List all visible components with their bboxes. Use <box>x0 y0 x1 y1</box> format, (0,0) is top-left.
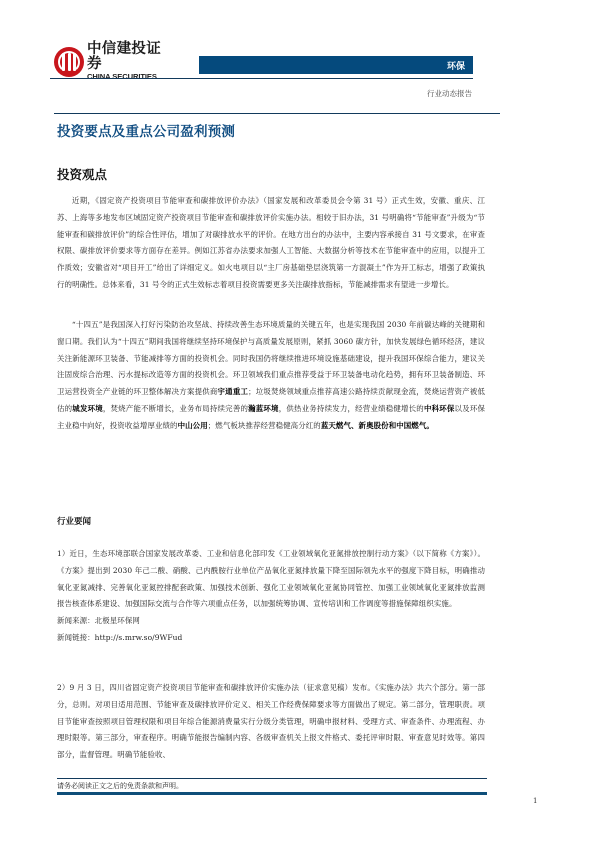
company-name: 瀚蓝环境 <box>248 404 279 413</box>
news-body: 2）9 月 3 日，四川省固定资产投资项目节能审查和碳排放评价实施办法（征求意见… <box>57 680 485 764</box>
company-name: 城发环境 <box>72 404 103 413</box>
paragraph-text: ，供热业务持续发力，经营业绩稳健增长的 <box>279 404 424 413</box>
news-item: 1）近日，生态环境部联合国家发展改革委、工业和信息化部印发《工业领域氧化亚氮排放… <box>57 546 485 647</box>
paragraph-text: ；燃气板块推荐经营稳健高分红的 <box>208 421 321 430</box>
investment-view-paragraph-2: “十四五”是我国深入打好污染防治攻坚战、持续改善生态环境质量的关键五年，也是实现… <box>57 317 485 435</box>
header-divider <box>50 78 473 79</box>
title-divider <box>54 113 500 114</box>
company-name: 中科环保 <box>424 404 455 413</box>
company-logo: 中信建投证券 CHINA SECURITIES <box>54 45 174 78</box>
company-name: 蓝天燃气 <box>321 421 351 430</box>
footer-divider <box>57 778 487 779</box>
sector-label: 环保 <box>447 59 465 72</box>
paragraph-text: ，焚烧产能不断增长，业务布局持续完善的 <box>103 404 248 413</box>
report-type-label: 行业动态报告 <box>427 88 472 99</box>
company-name: 宇通重工 <box>218 387 249 396</box>
news-link[interactable]: 新闻链接：http://s.mrw.so/9WFud <box>57 630 485 647</box>
company-name: 中山公用 <box>178 421 208 430</box>
industry-news-heading: 行业要闻 <box>57 515 91 527</box>
company-name: 中国燃气 <box>396 421 426 430</box>
sector-banner: 环保 <box>199 56 473 74</box>
disclaimer-note: 请务必阅读正文之后的免责条款和声明。 <box>57 781 183 791</box>
investment-view-paragraph-1: 近期，《固定资产投资项目节能审查和碳排放评价办法》（国家发展和改革委员会令第 3… <box>57 193 485 294</box>
news-body: 1）近日，生态环境部联合国家发展改革委、工业和信息化部印发《工业领域氧化亚氮排放… <box>57 546 485 613</box>
page-number: 1 <box>533 797 537 805</box>
company-name: 新奥股份 <box>359 421 389 430</box>
paragraph-text: 。 <box>426 421 434 430</box>
news-source: 新闻来源：北极星环保网 <box>57 613 485 630</box>
logo-chinese-name: 中信建投证券 <box>87 42 174 71</box>
news-item: 2）9 月 3 日，四川省固定资产投资项目节能审查和碳排放评价实施办法（征求意见… <box>57 680 485 764</box>
page-title: 投资要点及重点公司盈利预测 <box>57 120 235 140</box>
investment-view-heading: 投资观点 <box>57 165 107 183</box>
footer-bar <box>57 792 487 795</box>
paragraph-text: 、 <box>351 421 359 430</box>
citic-logo-icon <box>54 47 84 77</box>
paragraph-text: “十四五”是我国深入打好污染防治攻坚战、持续改善生态环境质量的关键五年，也是实现… <box>57 320 485 396</box>
logo-english-name: CHINA SECURITIES <box>87 73 174 81</box>
